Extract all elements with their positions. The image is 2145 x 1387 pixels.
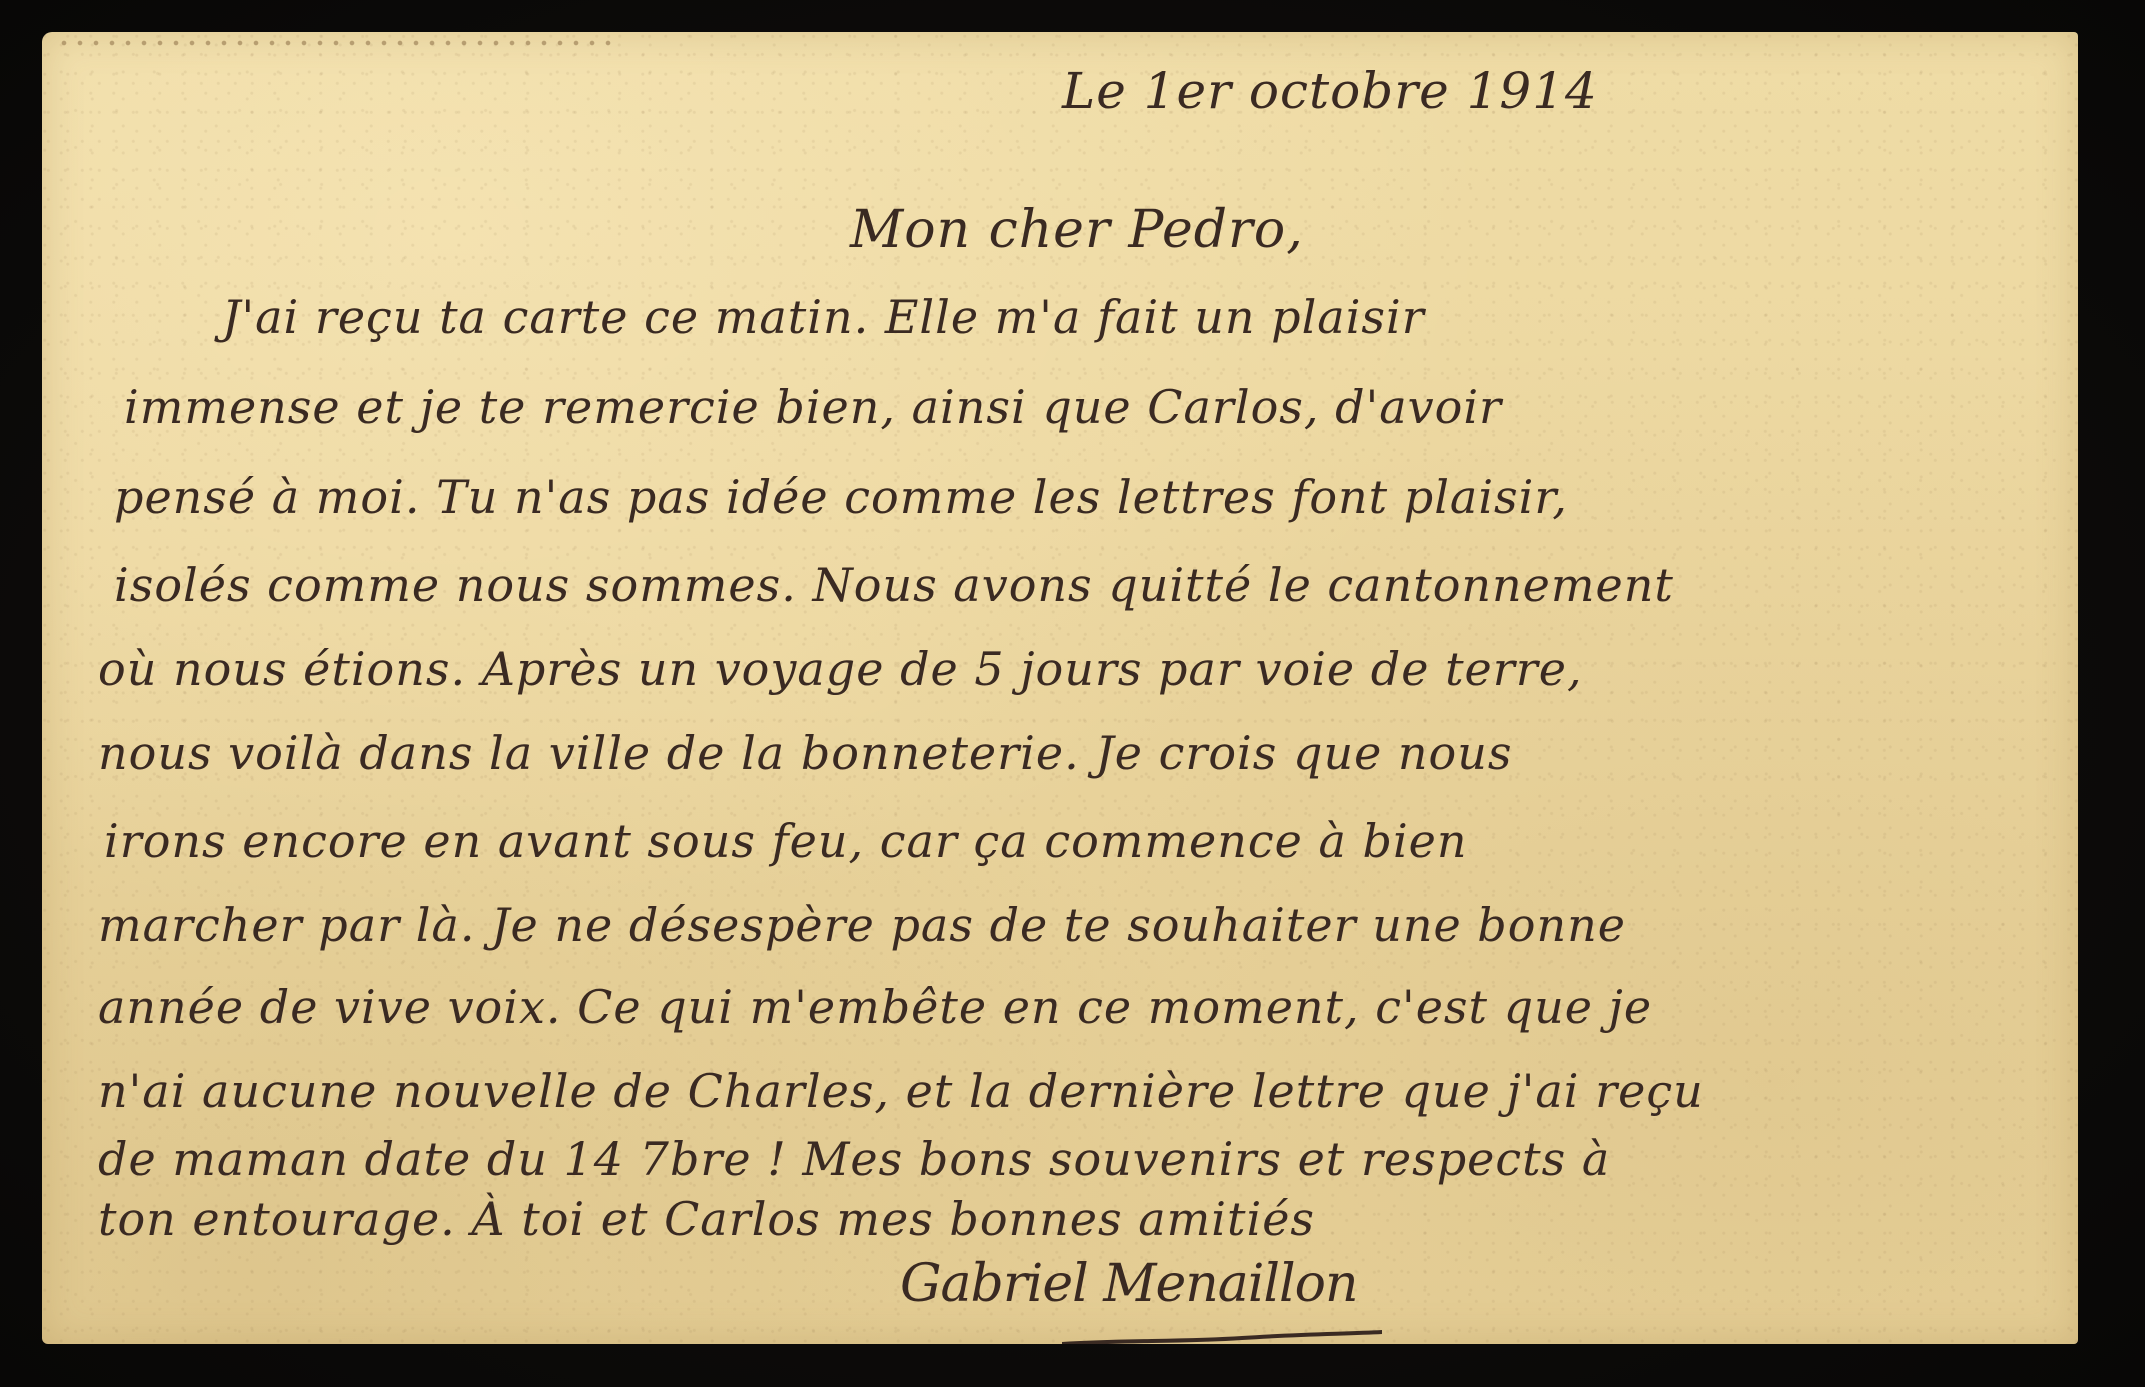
letter-line: où nous étions. Après un voyage de 5 jou… <box>98 642 1583 696</box>
perforated-edge <box>56 40 616 46</box>
letter-salutation: Mon cher Pedro, <box>850 200 1304 260</box>
letter-line: J'ai reçu ta carte ce matin. Elle m'a fa… <box>222 290 1425 344</box>
letter-date: Le 1er octobre 1914 <box>1062 62 1598 120</box>
letter-line: irons encore en avant sous feu, car ça c… <box>104 814 1468 868</box>
letter-line: de maman date du 14 7bre ! Mes bons souv… <box>98 1132 1610 1186</box>
letter-line: immense et je te remercie bien, ainsi qu… <box>124 380 1502 434</box>
letter-closing: ton entourage. À toi et Carlos mes bonne… <box>98 1192 1315 1246</box>
signature-flourish <box>1062 1330 1382 1344</box>
letter-line: marcher par là. Je ne désespère pas de t… <box>98 898 1626 952</box>
letter-line: isolés comme nous sommes. Nous avons qui… <box>114 558 1674 612</box>
letter-line: pensé à moi. Tu n'as pas idée comme les … <box>114 470 1568 524</box>
letter-line: année de vive voix. Ce qui m'embête en c… <box>98 980 1652 1034</box>
letter-line: n'ai aucune nouvelle de Charles, et la d… <box>98 1064 1704 1118</box>
postcard: Le 1er octobre 1914 Mon cher Pedro, J'ai… <box>42 32 2078 1344</box>
letter-line: nous voilà dans la ville de la bonneteri… <box>98 726 1512 780</box>
signature: Gabriel Menaillon <box>900 1254 1357 1314</box>
